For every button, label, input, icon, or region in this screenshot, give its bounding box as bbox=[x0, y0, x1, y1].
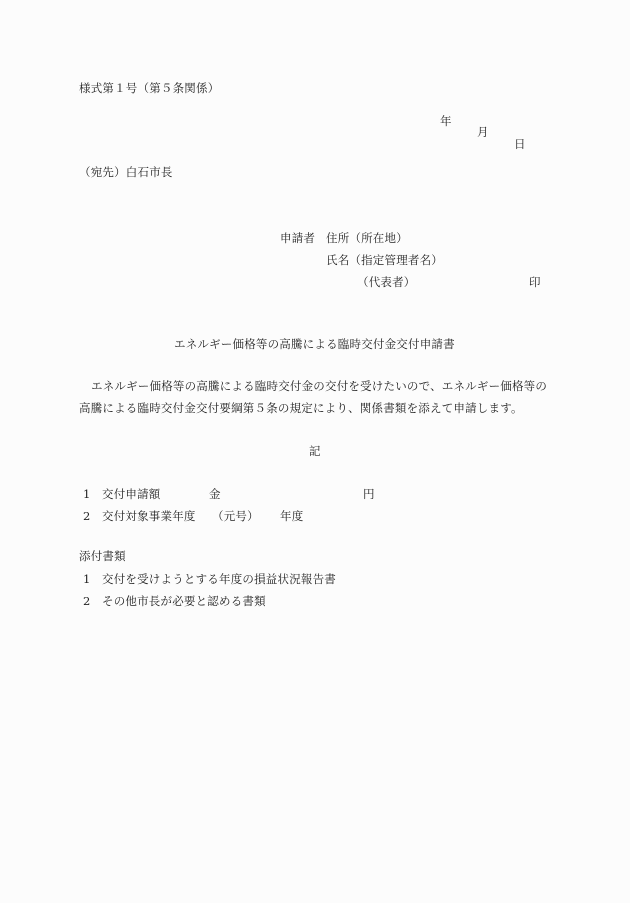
item-suffix: 円 bbox=[363, 489, 375, 501]
item-suffix: 年度 bbox=[280, 511, 303, 523]
attachment-label: 交付を受けようとする年度の損益状況報告書 bbox=[102, 574, 336, 586]
attachment-label: その他市長が必要と認める書類 bbox=[102, 596, 266, 608]
seal-mark: 印 bbox=[529, 277, 541, 289]
applicant-representative-label: （代表者） bbox=[357, 277, 416, 289]
attachment-number: 1 bbox=[83, 574, 90, 586]
item-prefix: 金 bbox=[209, 489, 221, 501]
date-day-label: 日 bbox=[514, 139, 526, 151]
addressee: （宛先）白石市長 bbox=[79, 167, 173, 179]
item-label: 交付申請額 bbox=[102, 489, 161, 501]
item-prefix: （元号） bbox=[212, 511, 259, 523]
body-line-2: 高騰による臨時交付金交付要綱第５条の規定により、関係書類を添えて申請します。 bbox=[79, 403, 523, 415]
item-number: 1 bbox=[83, 489, 90, 501]
item-label: 交付対象事業年度 bbox=[102, 511, 196, 523]
applicant-label: 申請者 bbox=[280, 233, 315, 245]
ki-heading: 記 bbox=[309, 446, 321, 458]
applicant-name-label: 氏名（指定管理者名） bbox=[326, 255, 443, 267]
body-line-1: エネルギー価格等の高騰による臨時交付金の交付を受けたいので、エネルギー価格等の bbox=[91, 381, 547, 393]
form-number: 様式第１号（第５条関係） bbox=[79, 83, 219, 95]
document-title: エネルギー価格等の高騰による臨時交付金交付申請書 bbox=[174, 339, 455, 351]
item-number: 2 bbox=[83, 511, 90, 523]
attachment-number: 2 bbox=[83, 596, 90, 608]
applicant-address-label: 住所（所在地） bbox=[326, 233, 408, 245]
date-line: 年 月 日 bbox=[440, 104, 455, 162]
attachments-heading: 添付書類 bbox=[79, 551, 126, 563]
date-year-label: 年 bbox=[440, 116, 452, 128]
date-month-label: 月 bbox=[477, 127, 489, 139]
